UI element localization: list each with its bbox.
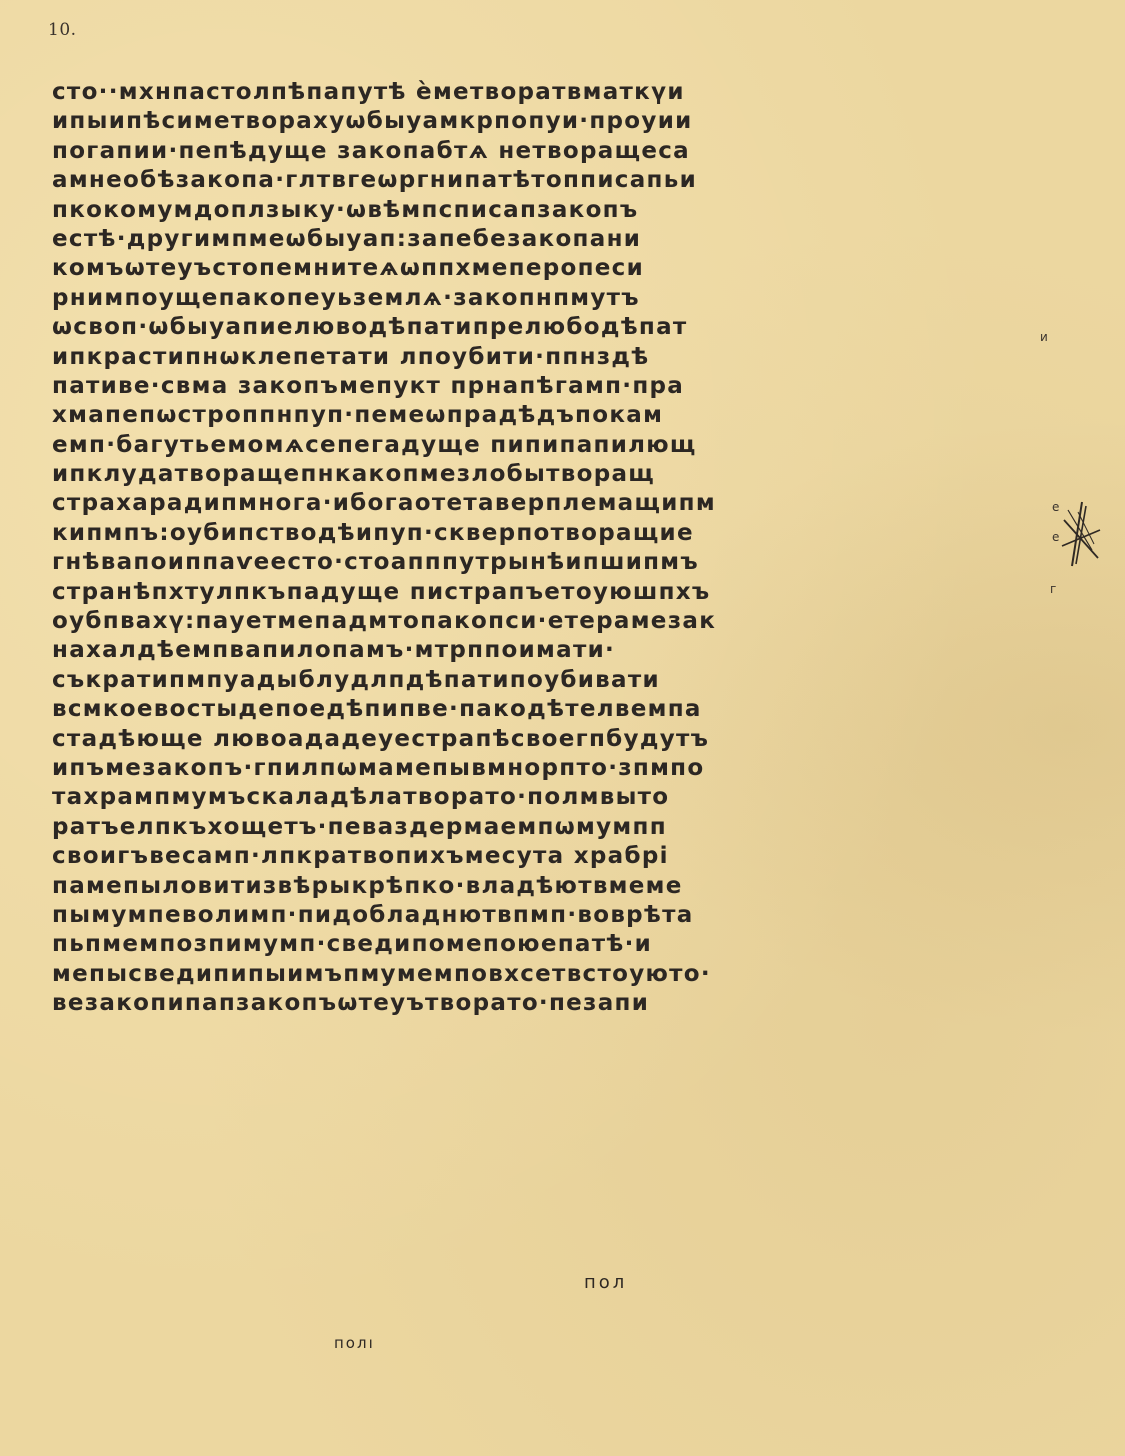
pencil-scribble: полı	[334, 1334, 375, 1352]
manuscript-line: ратъелпкъхощетъ·певаздермаемпѡмумпп	[52, 813, 1052, 842]
marginal-superscript: и	[1040, 330, 1048, 344]
manuscript-line: пьпмемпозпимумп·сведипомепоюепатѣ·и	[52, 930, 1052, 959]
manuscript-line: кипмпъ:оубипстводѣипуп·скверпотворащие	[52, 519, 1052, 548]
manuscript-line: комъѡтеуъстопемнитеѧѡппхмеперопеси	[52, 254, 1052, 283]
manuscript-line: гнѣвапоиппаѵеесто·стоапппутрынѣипшипмъ	[52, 548, 1052, 577]
manuscript-line: стадѣюще лювоададеуестрапѣсвоегпбудутъ	[52, 725, 1052, 754]
manuscript-line: нахалдѣемпвапилопамъ·мтрппоимати·	[52, 636, 1052, 665]
manuscript-line: пкокомумдоплзыку·ѡвѣмпсписапзакопъ	[52, 196, 1052, 225]
manuscript-line: оубпвахү:пауетмепадмтопакопси·етерамезак	[52, 607, 1052, 636]
manuscript-line: погапии·пепѣдуще закопабтѧ нетворащеса	[52, 137, 1052, 166]
manuscript-line: пымумпеволимп·пидобладнютвпмп·воврѣта	[52, 901, 1052, 930]
manuscript-line: пативе·свма закопъмепукт прнапѣгамп·пра	[52, 372, 1052, 401]
manuscript-line: странѣпхтулпкъпадуще пистрапъетоуюшпхъ	[52, 578, 1052, 607]
manuscript-line: рнимпоущепакопеуьземлѧ·закопнпмутъ	[52, 284, 1052, 313]
manuscript-line: съкратипмпуадыблудлпдѣпатипоубивати	[52, 666, 1052, 695]
manuscript-line: тахрампмумъскаладѣлатворато·полмвыто	[52, 783, 1052, 812]
manuscript-line: ипклудатворащепнкакопмезлобытворащ	[52, 460, 1052, 489]
catchword: пол	[584, 1272, 627, 1293]
manuscript-line: амнеобѣзакопа·глтвгеѡргнипатѣтопписапьи	[52, 166, 1052, 195]
manuscript-text-block: сто··мхнпастолпѣпапутѣ ѐметворатвматкүи …	[52, 78, 1052, 1019]
manuscript-line: ѡсвоп·ѡбыуапиелюводѣпатипрелюбодѣпат	[52, 313, 1052, 342]
marginal-superscript: г	[1050, 582, 1056, 596]
manuscript-line: хмапепѡстроппнпуп·пемеѡпрадѣдъпокам	[52, 401, 1052, 430]
manuscript-line: ипыипѣсиметворахуѡбыуамкрпопуи·проуии	[52, 107, 1052, 136]
manuscript-line: своигъвесамп·лпкратвопихъмесута храбрі	[52, 842, 1052, 871]
manuscript-line: везакопипапзакопъѡтеуътворато·пезапи	[52, 989, 1052, 1018]
manuscript-line: ипъмезакопъ·гпилпѡмамепывмнорпто·зпмпо	[52, 754, 1052, 783]
manuscript-line: ипкрастипнѡклепетати лпоубити·ппнздѣ	[52, 343, 1052, 372]
page-number: 10.	[48, 20, 77, 40]
manuscript-line: мепысведипипыимъпмумемповхсетвстоуюто·	[52, 960, 1052, 989]
marginal-cross-mark-icon	[1058, 500, 1102, 570]
manuscript-line: емп·багутьемомѧсепегадуще пипипапилющ	[52, 431, 1052, 460]
manuscript-line: страхарадипмнога·ибогаотетаверплемащипм	[52, 489, 1052, 518]
manuscript-page: 10. сто··мхнпастолпѣпапутѣ ѐметворатвмат…	[0, 0, 1125, 1456]
manuscript-line: естѣ·другимпмеѡбыуап:запебезакопани	[52, 225, 1052, 254]
manuscript-line: памепыловитизвѣрыкрѣпко·владѣютвмеме	[52, 872, 1052, 901]
manuscript-line: сто··мхнпастолпѣпапутѣ ѐметворатвматкүи	[52, 78, 1052, 107]
manuscript-line: всмкоевостыдепоедѣпипве·пакодѣтелвемпа	[52, 695, 1052, 724]
